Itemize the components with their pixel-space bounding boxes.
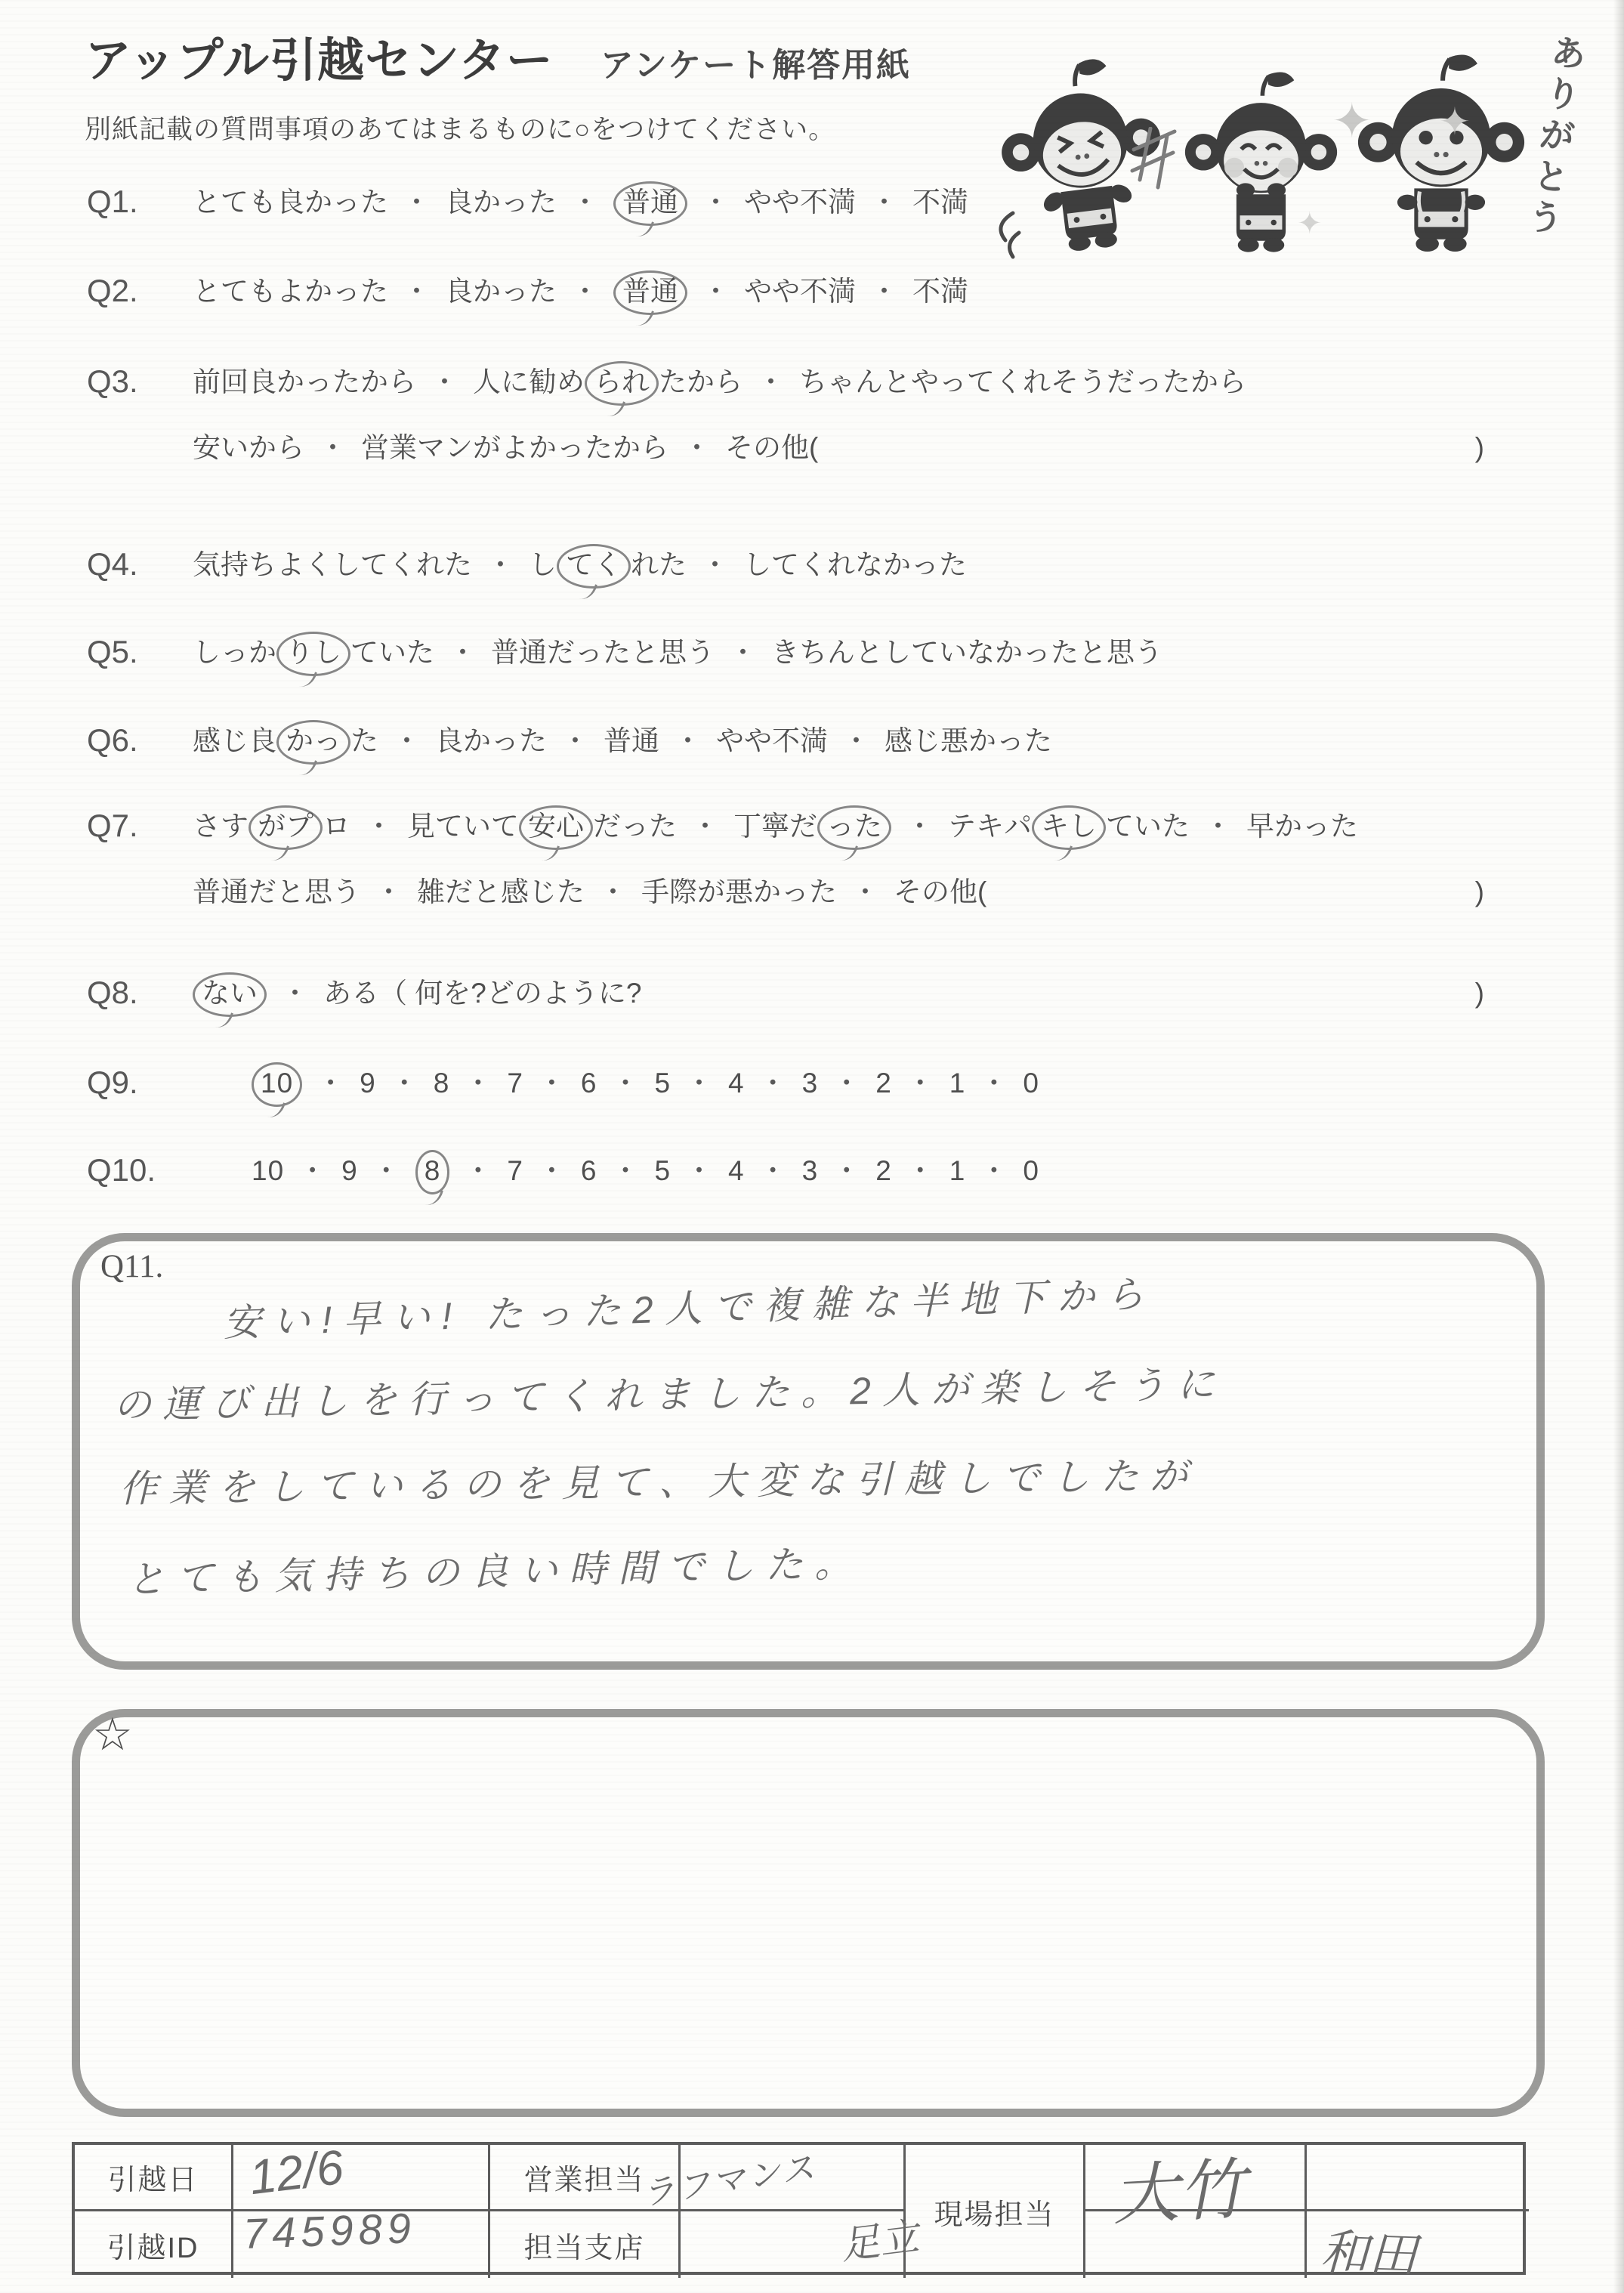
question-label: Q9. — [87, 1062, 193, 1104]
option-separator: ・ — [372, 1153, 401, 1189]
option-separator: ・ — [464, 1065, 492, 1102]
option-text: 良かった — [445, 184, 557, 221]
option-separator: ・ — [464, 1153, 492, 1189]
site-rep-value-2: 和田 — [1319, 2214, 1418, 2286]
option-text: 普通 — [604, 723, 659, 759]
option-separator: ・ — [611, 1065, 640, 1102]
branch-label: 担当支店 — [490, 2211, 681, 2278]
option-text: 9 — [360, 1065, 376, 1102]
question-options: ない・ある（ 何を?どのように?) — [193, 972, 1484, 1017]
selected-option-circle: 10 — [252, 1062, 302, 1107]
option-text: やや不満 — [716, 723, 828, 759]
option-text: とても良かった — [193, 184, 388, 221]
question-row-q9: Q9.10・9・8・7・6・5・4・3・2・1・0 — [87, 1062, 1484, 1107]
option-text: その他( — [894, 874, 986, 910]
option-separator: ・ — [759, 1065, 788, 1102]
option-text: ていた — [1106, 808, 1190, 845]
question-row-q1: Q1.とても良かった・良かった・普通・やや不満・不満 — [87, 181, 1484, 226]
site-rep-value-1: 大竹 — [1110, 2136, 1247, 2238]
option-separator: ・ — [393, 723, 421, 759]
option-text: 感じ良 — [193, 723, 276, 759]
site-rep-label: 現場担当 — [906, 2145, 1085, 2278]
option-separator: ・ — [1204, 808, 1232, 845]
selected-option-circle: 8 — [415, 1150, 450, 1194]
question-row-q4: Q4.気持ちよくしてくれた・してくれた・してくれなかった — [87, 544, 1484, 589]
option-text: 4 — [728, 1065, 745, 1102]
option-separator: ・ — [870, 273, 898, 310]
option-separator: ・ — [757, 364, 785, 400]
option-separator: ・ — [403, 273, 431, 310]
option-text: 5 — [654, 1065, 671, 1102]
option-text: 人に勧め — [473, 364, 585, 400]
option-separator: ・ — [729, 635, 757, 671]
option-text: してくれなかった — [743, 547, 967, 583]
question-row-q7: Q7.さすがプロ・見ていて安心だった・丁寧だった・テキパキしていた・早かった普通… — [87, 805, 1484, 910]
option-text: 早かった — [1246, 808, 1358, 845]
option-line: 10・9・8・7・6・5・4・3・2・1・0 — [252, 1150, 1484, 1194]
selected-option-circle: てく — [557, 544, 631, 589]
question-options: さすがプロ・見ていて安心だった・丁寧だった・テキパキしていた・早かった普通だと思… — [193, 805, 1484, 910]
question-options: しっかりしていた・普通だったと思う・きちんとしていなかったと思う — [193, 632, 1484, 676]
option-text: ていた — [350, 635, 434, 671]
option-text: 2 — [875, 1153, 892, 1189]
option-separator: ・ — [611, 1153, 640, 1189]
option-text: 雑だと感じた — [417, 874, 585, 910]
option-text: 4 — [728, 1153, 745, 1189]
selected-option-circle: キし — [1032, 805, 1106, 850]
option-text: 不満 — [912, 273, 968, 310]
option-separator: ・ — [702, 184, 730, 221]
question-label: Q1. — [87, 181, 193, 223]
star-icon: ☆ — [92, 1712, 133, 1757]
q11-label: Q11. — [100, 1248, 163, 1285]
option-text: （ 何を?どのように? — [379, 975, 641, 1012]
option-text: 気持ちよくしてくれた — [193, 547, 472, 583]
option-text: とてもよかった — [193, 273, 388, 310]
survey-sheet: アップル引越センター アンケート解答用紙 別紙記載の質問事項のあてはまるものに○… — [0, 0, 1624, 2293]
question-row-q2: Q2.とてもよかった・良かった・普通・やや不満・不満 — [87, 270, 1484, 315]
option-line: 10・9・8・7・6・5・4・3・2・1・0 — [252, 1062, 1484, 1107]
selected-option-circle: 安心 — [519, 805, 593, 850]
selected-option-circle: られ — [585, 361, 659, 406]
option-separator: ・ — [319, 430, 347, 466]
option-text: 感じ悪かった — [885, 723, 1052, 759]
option-text: 7 — [507, 1065, 523, 1102]
question-label: Q2. — [87, 270, 193, 312]
option-line: とてもよかった・良かった・普通・やや不満・不満 — [193, 270, 1484, 315]
question-options: とてもよかった・良かった・普通・やや不満・不満 — [193, 270, 1484, 315]
option-text: 7 — [507, 1153, 523, 1189]
question-row-q6: Q6.感じ良かった・良かった・普通・やや不満・感じ悪かった — [87, 720, 1484, 765]
option-line: 感じ良かった・良かった・普通・やや不満・感じ悪かった — [193, 720, 1484, 765]
selected-option-circle: 普通 — [613, 270, 687, 315]
option-line: ない・ある（ 何を?どのように?) — [193, 972, 1484, 1017]
option-text: 3 — [802, 1065, 819, 1102]
option-text: 1 — [949, 1065, 966, 1102]
option-separator: ・ — [571, 273, 599, 310]
question-options: 10・9・8・7・6・5・4・3・2・1・0 — [193, 1062, 1484, 1107]
option-separator: ・ — [980, 1153, 1008, 1189]
question-row-q5: Q5.しっかりしていた・普通だったと思う・きちんとしていなかったと思う — [87, 632, 1484, 676]
move-id-value: 745989 — [242, 2203, 417, 2258]
option-text: ) — [1475, 430, 1484, 466]
option-text: だった — [593, 808, 677, 845]
option-text: 丁寧だ — [733, 808, 817, 845]
option-separator: ・ — [365, 808, 393, 845]
option-separator: ・ — [486, 547, 514, 583]
site-rep-cell-2 — [1307, 2145, 1529, 2211]
question-options: 前回良かったから・人に勧められたから・ちゃんとやってくれそうだったから安いから・… — [193, 361, 1484, 466]
option-text: しっか — [193, 635, 276, 671]
question-label: Q10. — [87, 1150, 193, 1191]
option-text: 普通だと思う — [193, 874, 360, 910]
question-label: Q3. — [87, 361, 193, 403]
question-row-q8: Q8.ない・ある（ 何を?どのように?) — [87, 972, 1484, 1017]
question-label: Q4. — [87, 544, 193, 586]
option-separator: ・ — [906, 808, 934, 845]
option-line: さすがプロ・見ていて安心だった・丁寧だった・テキパキしていた・早かった — [193, 805, 1484, 850]
question-options: 感じ良かった・良かった・普通・やや不満・感じ悪かった — [193, 720, 1484, 765]
option-separator: ・ — [980, 1065, 1008, 1102]
option-separator: ・ — [561, 723, 589, 759]
question-options: 10・9・8・7・6・5・4・3・2・1・0 — [193, 1150, 1484, 1194]
option-text: 営業マンがよかったから — [361, 430, 668, 466]
option-separator: ・ — [702, 273, 730, 310]
option-text: た — [350, 723, 378, 759]
option-separator: ・ — [759, 1153, 788, 1189]
option-text: れた — [631, 547, 687, 583]
option-separator: ・ — [431, 364, 458, 400]
option-text: 0 — [1023, 1153, 1039, 1189]
option-separator: ・ — [701, 547, 729, 583]
question-options: とても良かった・良かった・普通・やや不満・不満 — [193, 181, 1484, 226]
option-text: 良かった — [445, 273, 557, 310]
option-text: 1 — [949, 1153, 966, 1189]
option-line: 気持ちよくしてくれた・してくれた・してくれなかった — [193, 544, 1484, 589]
option-separator: ・ — [870, 184, 898, 221]
option-separator: ・ — [851, 874, 879, 910]
option-text: 前回良かったから — [193, 364, 416, 400]
option-separator: ・ — [832, 1153, 861, 1189]
option-separator: ・ — [842, 723, 870, 759]
question-row-q3: Q3.前回良かったから・人に勧められたから・ちゃんとやってくれそうだったから安い… — [87, 361, 1484, 466]
option-separator: ・ — [538, 1153, 567, 1189]
option-text: 0 — [1023, 1065, 1039, 1102]
option-text: ちゃんとやってくれそうだったから — [799, 364, 1246, 400]
option-text: 8 — [434, 1065, 450, 1102]
option-separator: ・ — [683, 430, 711, 466]
option-separator: ・ — [691, 808, 719, 845]
option-separator: ・ — [674, 723, 702, 759]
option-separator: ・ — [403, 184, 431, 221]
question-label: Q7. — [87, 805, 193, 847]
move-date-value: 12/6 — [246, 2139, 347, 2206]
option-line: 普通だと思う・雑だと感じた・手際が悪かった・その他() — [193, 874, 1484, 910]
extra-comment-box — [72, 1709, 1545, 2117]
option-separator: ・ — [685, 1153, 714, 1189]
option-text: きちんとしていなかったと思う — [771, 635, 1162, 671]
question-options: 気持ちよくしてくれた・してくれた・してくれなかった — [193, 544, 1484, 589]
option-text: たから — [659, 364, 743, 400]
move-id-label: 引越ID — [75, 2211, 233, 2278]
option-text: 良かった — [435, 723, 547, 759]
question-label: Q8. — [87, 972, 193, 1014]
option-text: 2 — [875, 1065, 892, 1102]
option-separator: ・ — [599, 874, 627, 910]
option-text: 見ていて — [407, 808, 519, 845]
option-separator: ・ — [906, 1153, 935, 1189]
option-separator: ・ — [391, 1065, 419, 1102]
option-line: とても良かった・良かった・普通・やや不満・不満 — [193, 181, 1484, 226]
selected-option-circle: がプ — [249, 805, 323, 850]
option-separator: ・ — [375, 874, 403, 910]
option-text: 9 — [341, 1153, 358, 1189]
move-date-label: 引越日 — [75, 2145, 233, 2211]
option-line: 安いから・営業マンがよかったから・その他() — [193, 430, 1484, 466]
option-text: 安いから — [193, 430, 304, 466]
selected-option-circle: りし — [276, 632, 350, 676]
option-text: さす — [193, 808, 249, 845]
question-row-q10: Q10.10・9・8・7・6・5・4・3・2・1・0 — [87, 1150, 1484, 1194]
selected-option-circle: 普通 — [613, 181, 687, 226]
option-separator: ・ — [832, 1065, 861, 1102]
option-text: やや不満 — [744, 184, 856, 221]
option-separator: ・ — [449, 635, 477, 671]
selected-option-circle: った — [817, 805, 891, 850]
option-text: 5 — [654, 1153, 671, 1189]
scan-edge-shadow — [1613, 0, 1624, 2293]
branch-value: 足立 — [837, 2205, 922, 2270]
selected-option-circle: ない — [193, 972, 267, 1017]
option-line: しっかりしていた・普通だったと思う・きちんとしていなかったと思う — [193, 632, 1484, 676]
option-separator: ・ — [298, 1153, 327, 1189]
option-text: ロ — [323, 808, 350, 845]
option-separator: ・ — [571, 184, 599, 221]
question-label: Q5. — [87, 632, 193, 673]
option-text: 6 — [581, 1153, 597, 1189]
option-text: ) — [1475, 975, 1484, 1012]
option-text: ) — [1475, 874, 1484, 910]
option-text: やや不満 — [744, 273, 856, 310]
option-separator: ・ — [906, 1065, 935, 1102]
option-separator: ・ — [538, 1065, 567, 1102]
option-text: 手際が悪かった — [641, 874, 837, 910]
selected-option-circle: かっ — [276, 720, 350, 765]
option-separator: ・ — [316, 1065, 345, 1102]
option-separator: ・ — [281, 975, 309, 1012]
option-line: 前回良かったから・人に勧められたから・ちゃんとやってくれそうだったから — [193, 361, 1484, 406]
option-text: 普通だったと思う — [491, 635, 715, 671]
option-text: テキパ — [948, 808, 1032, 845]
option-text: その他( — [725, 430, 818, 466]
option-text: 10 — [252, 1153, 284, 1189]
option-text: し — [529, 547, 557, 583]
option-text: 3 — [802, 1153, 819, 1189]
option-text: 不満 — [912, 184, 968, 221]
option-text: ある — [323, 975, 379, 1012]
option-separator: ・ — [685, 1065, 714, 1102]
option-text: 6 — [581, 1065, 597, 1102]
question-label: Q6. — [87, 720, 193, 762]
